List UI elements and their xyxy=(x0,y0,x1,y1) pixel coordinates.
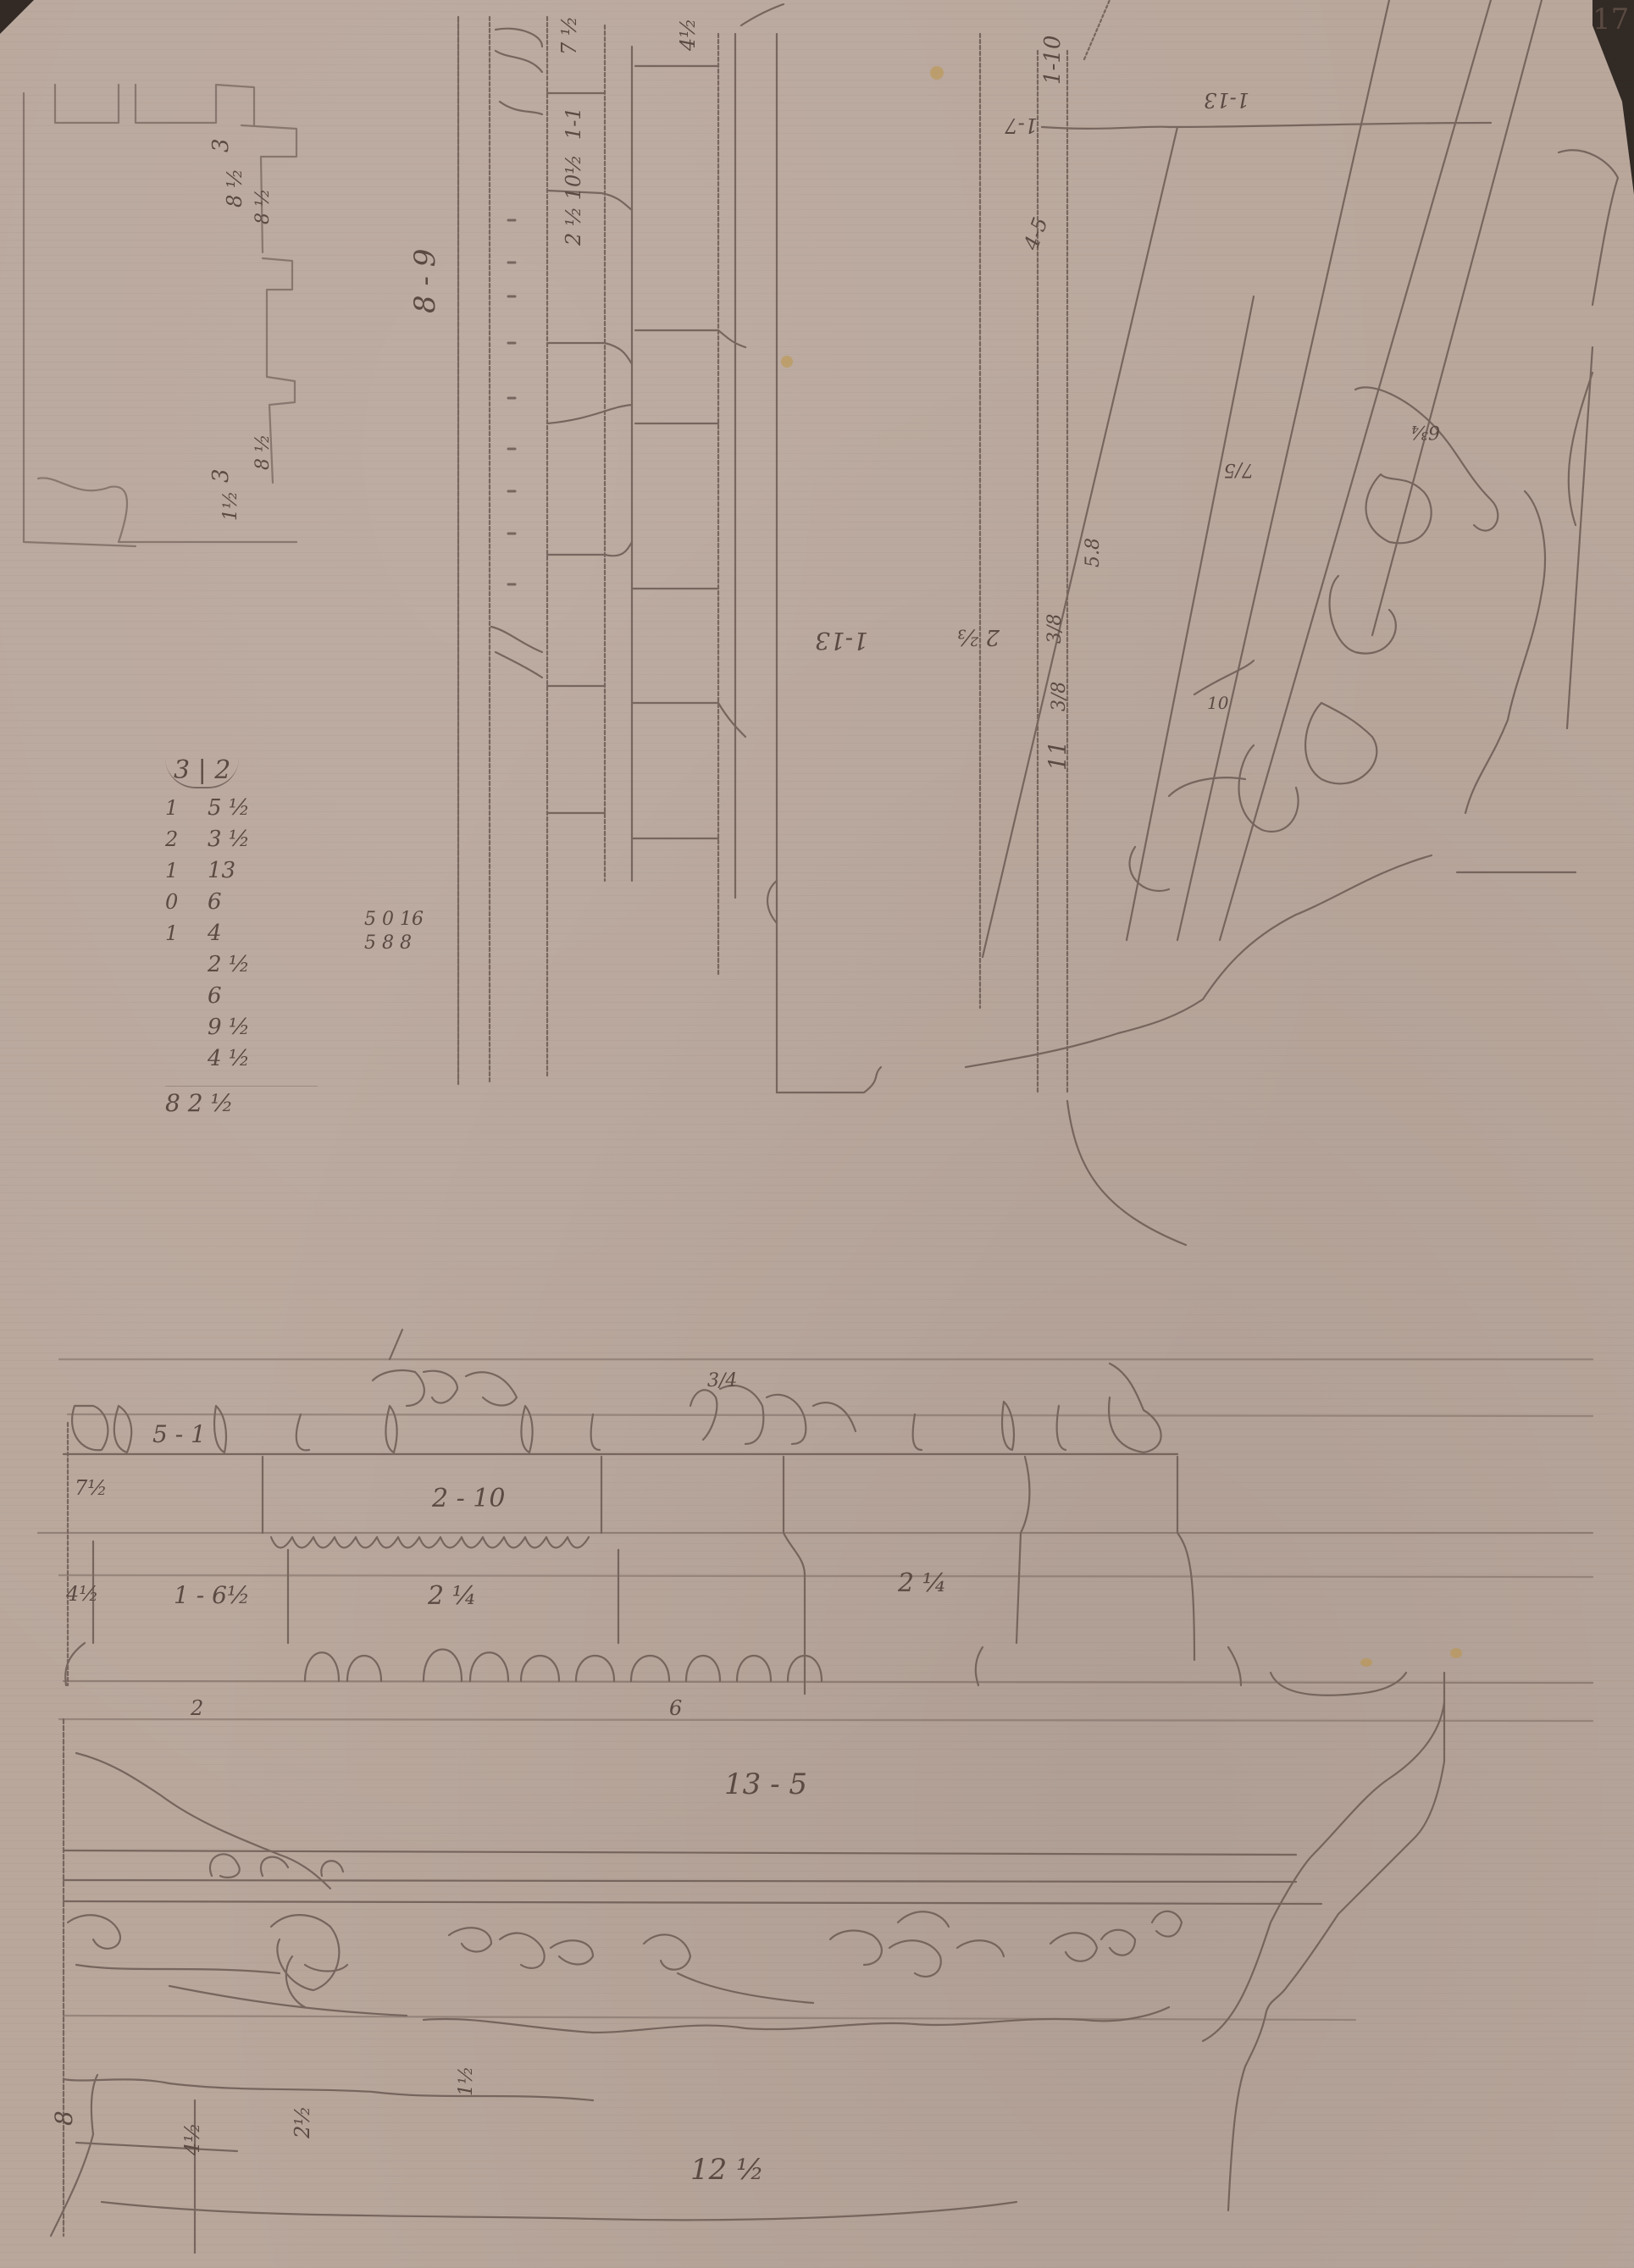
dimension-label: 8 ½ xyxy=(254,434,273,470)
calc-row: 113 xyxy=(165,855,318,886)
dimension-label: 7 ½ xyxy=(559,16,579,55)
dimension-label: 5 - 1 xyxy=(152,1423,206,1447)
dimension-label: 3/8 xyxy=(1050,682,1069,711)
calc-inches: 13 xyxy=(208,860,235,882)
dimension-label: 10 xyxy=(1207,694,1228,711)
side-calc-line-1: 5 0 16 xyxy=(364,910,424,929)
side-calc-line-2: 5 8 8 xyxy=(364,934,424,953)
dimension-label: 2 xyxy=(191,1698,203,1718)
dimension-label: 2 - 10 xyxy=(432,1486,505,1512)
calc-inches: 6 xyxy=(208,891,222,913)
side-calculation: 5 0 16 5 8 8 xyxy=(364,910,424,953)
dimension-label: 2 ¼ xyxy=(428,1584,477,1609)
dimension-label: 4½ xyxy=(678,18,698,51)
dimension-label: 12 ½ xyxy=(690,2155,764,2184)
calc-total: 8 2 ½ xyxy=(165,1086,318,1115)
calc-feet: 1 xyxy=(165,798,182,818)
calc-row: 4 ½ xyxy=(165,1043,318,1074)
pencil-drawing xyxy=(0,0,1634,2268)
dimension-label: 13 - 5 xyxy=(724,1770,807,1799)
calc-feet: 1 xyxy=(165,923,182,943)
dimension-label: 7/5 xyxy=(1224,460,1254,478)
dimension-label: 1-13 xyxy=(1204,90,1249,110)
calc-inches: 2 ½ xyxy=(208,954,250,976)
dimension-label: 11 xyxy=(1046,740,1070,771)
dimension-label: 8 ½ xyxy=(224,169,245,207)
wall-plan xyxy=(24,85,296,546)
dimension-label: 1½ xyxy=(457,2066,476,2096)
dimension-label: 1 - 6½ xyxy=(174,1584,250,1607)
calc-inches: 4 ½ xyxy=(208,1048,250,1070)
drawing-sheet: 17 3 | 2 15 ½23 ½11306142 ½69 ½4 ½ 8 2 ½… xyxy=(0,0,1634,2268)
dimension-label: 1-13 xyxy=(815,628,868,652)
dimension-label: 2 ¼ xyxy=(898,1571,947,1596)
dimension-label: 1½ xyxy=(222,491,241,521)
calc-feet: 2 xyxy=(165,829,182,849)
dimension-label: 7½ xyxy=(75,1478,108,1498)
dimension-label: 3/8 xyxy=(1046,614,1065,644)
dimension-label: 3/4 xyxy=(707,1372,737,1391)
dimension-label: 4½ xyxy=(182,2122,202,2155)
calc-row: 6 xyxy=(165,980,318,1011)
sheet-number: 17 xyxy=(1592,5,1629,34)
dimension-label: 3 xyxy=(210,138,232,152)
calc-row: 9 ½ xyxy=(165,1011,318,1043)
calc-inches: 3 ½ xyxy=(208,828,250,850)
calc-row: 23 ½ xyxy=(165,823,318,855)
calc-inches: 4 xyxy=(208,922,222,944)
dimension-label: 5.8 xyxy=(1084,538,1103,567)
dimension-label: 1-10 xyxy=(1042,36,1064,85)
column-profile xyxy=(458,4,1067,1093)
calc-row: 2 ½ xyxy=(165,949,318,980)
calc-feet: 0 xyxy=(165,892,182,912)
dimension-label: 8 xyxy=(53,2110,76,2126)
dimension-label: 2 ⅔ xyxy=(957,626,1000,648)
cornice-elevation xyxy=(38,1330,1592,1721)
dimension-label: 1-7 xyxy=(1005,115,1038,136)
calc-inches: 6 xyxy=(208,985,222,1007)
calc-row: 06 xyxy=(165,886,318,917)
calculation-column: 3 | 2 15 ½23 ½11306142 ½69 ½4 ½ 8 2 ½ xyxy=(165,758,318,1115)
dimension-label: 8 ½ xyxy=(254,189,273,224)
calc-header: 3 | 2 xyxy=(165,758,239,788)
dimension-label: 1-1 xyxy=(563,107,584,140)
dimension-label: 8 - 9 xyxy=(411,249,440,313)
dimension-label: 3 xyxy=(210,468,232,483)
calc-inches: 9 ½ xyxy=(208,1016,250,1038)
calc-row: 14 xyxy=(165,917,318,949)
dimension-label: 4½ xyxy=(66,1584,99,1604)
dimension-label: 6¾ xyxy=(1410,422,1440,440)
dimension-label: 2½ xyxy=(292,2105,313,2138)
calc-feet: 1 xyxy=(165,860,182,881)
dimension-label: 2 ½ 10½ xyxy=(563,154,584,246)
calc-inches: 5 ½ xyxy=(208,797,250,819)
calc-rows: 15 ½23 ½11306142 ½69 ½4 ½ xyxy=(165,792,318,1074)
dimension-label: 6 xyxy=(669,1698,682,1718)
calc-row: 15 ½ xyxy=(165,792,318,823)
